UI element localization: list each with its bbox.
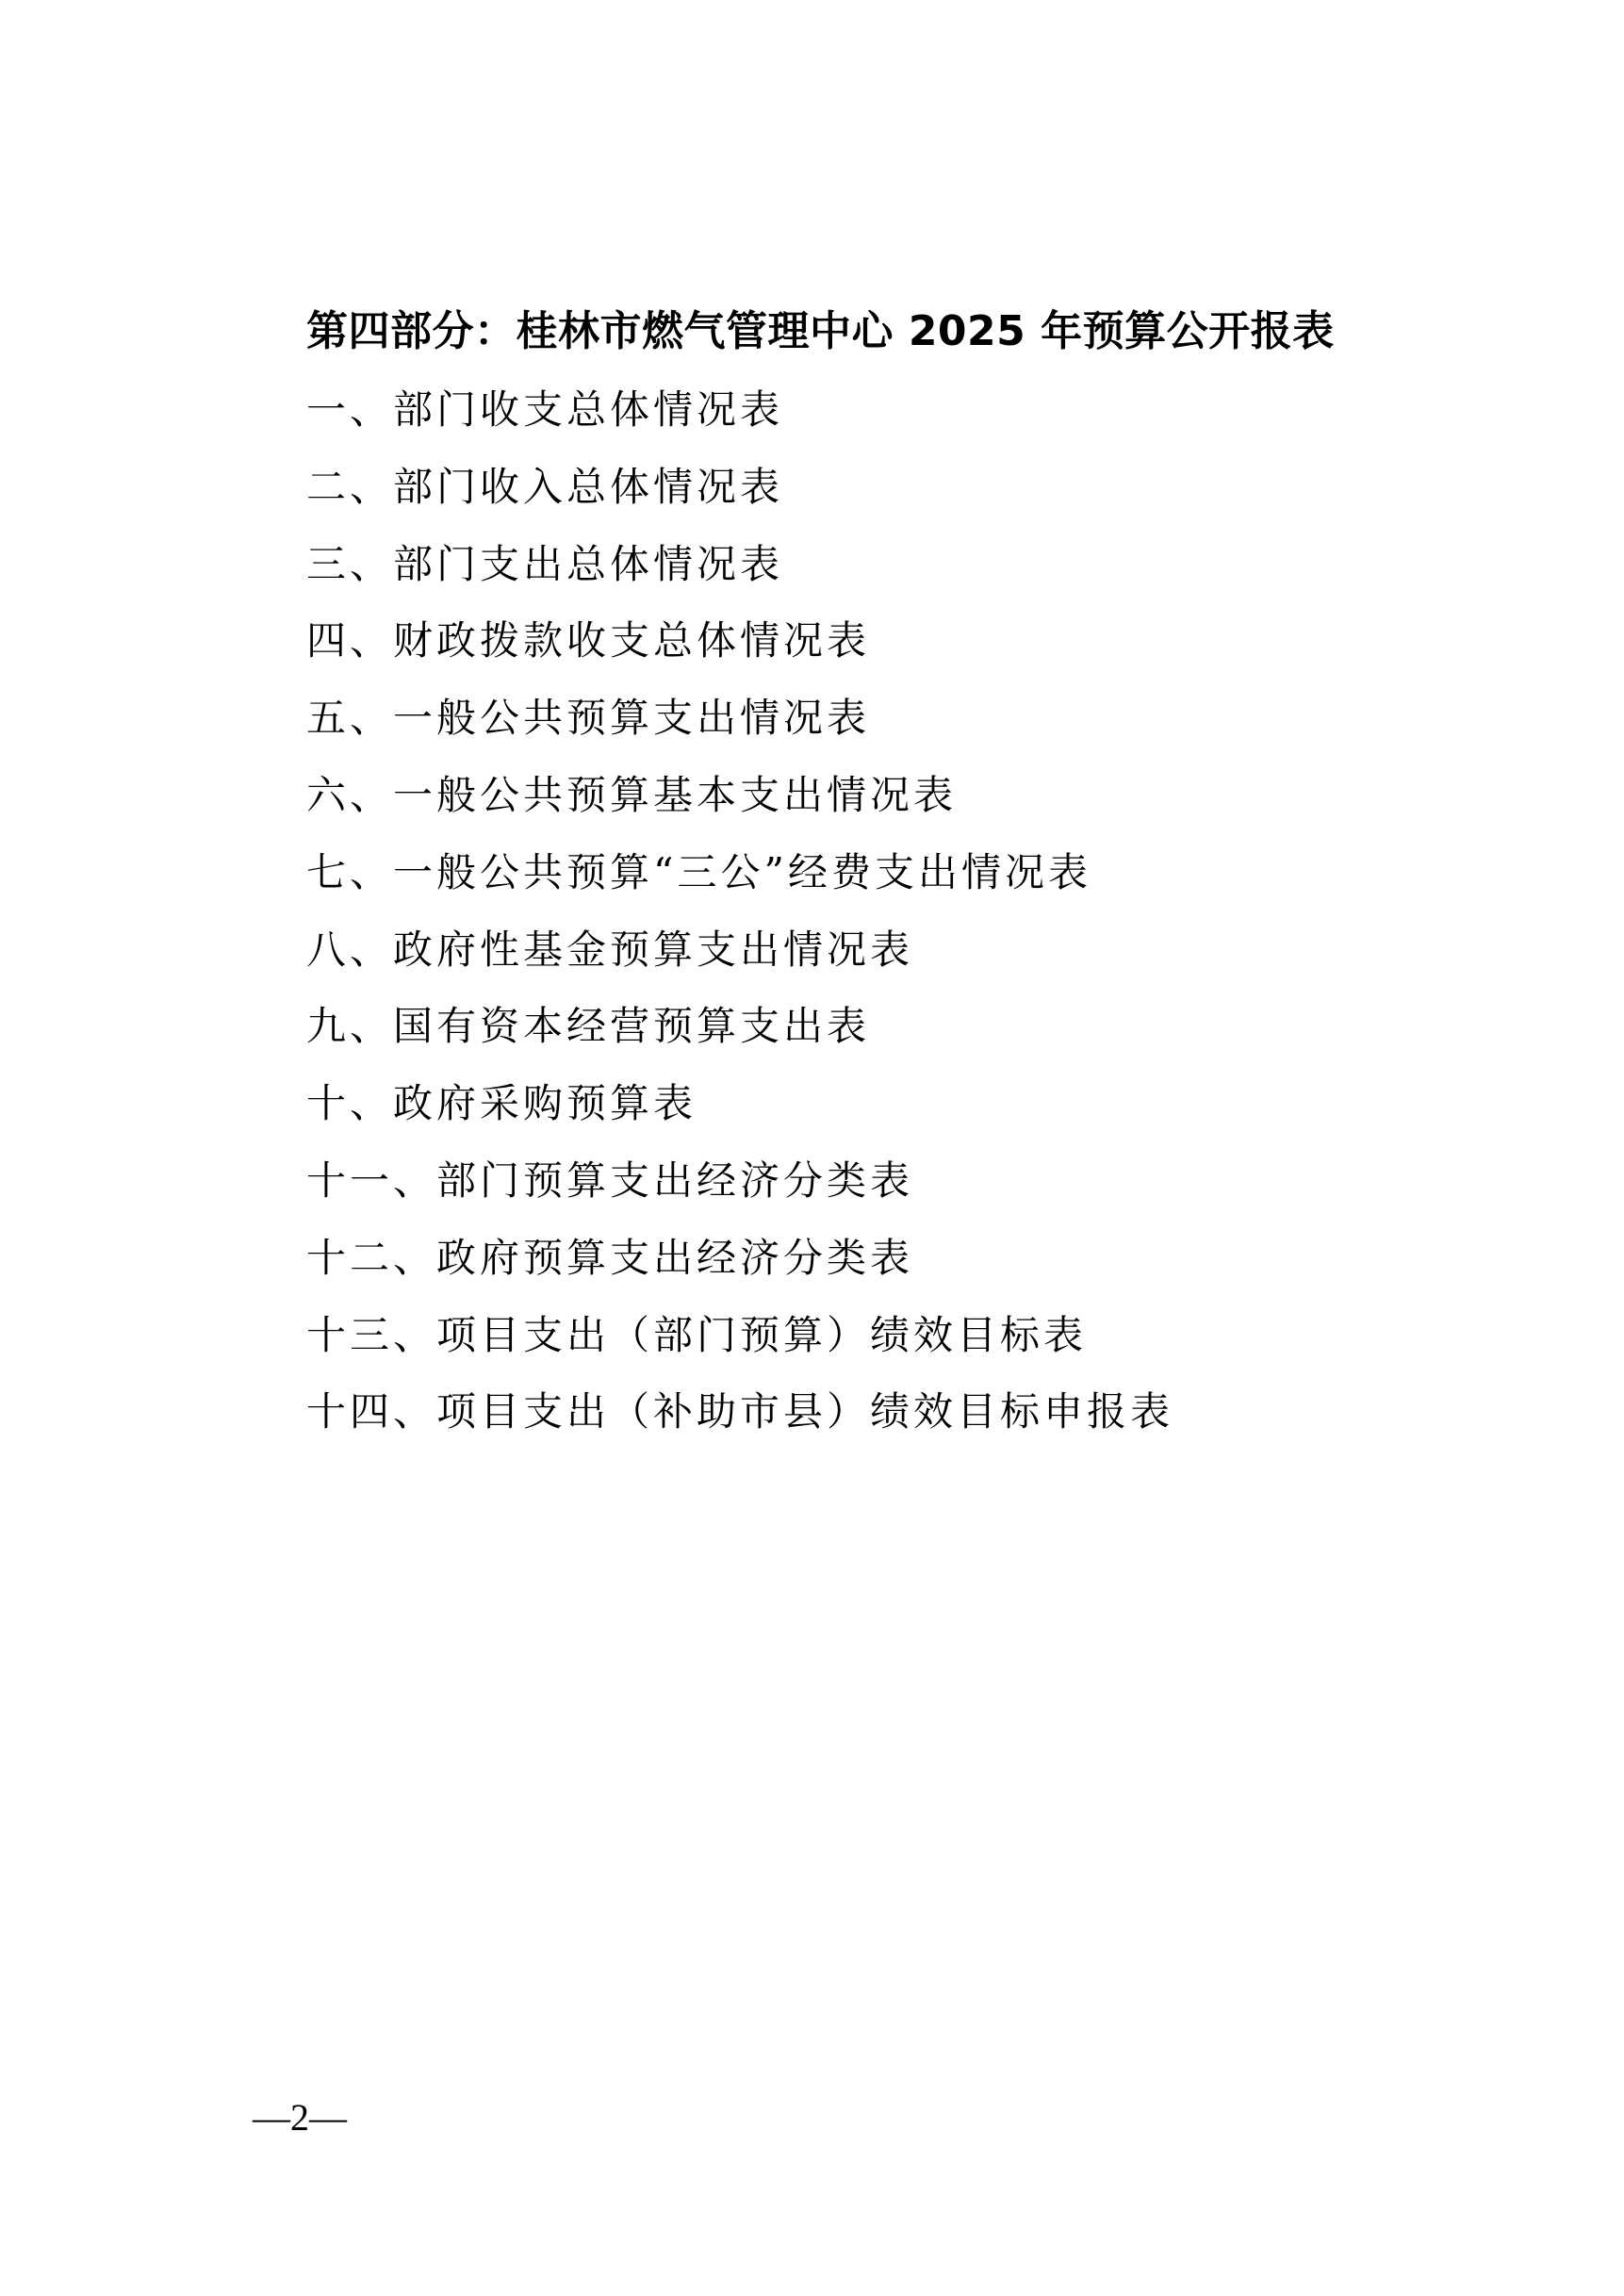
toc-item: 一、部门收支总体情况表 (306, 382, 1173, 459)
toc-item: 十、政府采购预算表 (306, 1075, 1173, 1153)
section-title: 第四部分：桂林市燃气管理中心 2025 年预算公开报表 (306, 303, 1335, 360)
toc-item: 九、国有资本经营预算支出表 (306, 998, 1173, 1075)
toc-item: 十一、部门预算支出经济分类表 (306, 1153, 1173, 1230)
toc-item: 十二、政府预算支出经济分类表 (306, 1230, 1173, 1307)
toc-item: 六、一般公共预算基本支出情况表 (306, 767, 1173, 845)
table-of-contents: 一、部门收支总体情况表 二、部门收入总体情况表 三、部门支出总体情况表 四、财政… (306, 382, 1173, 1461)
toc-item: 八、政府性基金预算支出情况表 (306, 922, 1173, 999)
toc-item: 五、一般公共预算支出情况表 (306, 690, 1173, 767)
toc-item: 七、一般公共预算“三公”经费支出情况表 (306, 845, 1173, 922)
toc-item: 四、财政拨款收支总体情况表 (306, 613, 1173, 690)
toc-item: 十四、项目支出（补助市县）绩效目标申报表 (306, 1384, 1173, 1461)
page-number: —2— (253, 2094, 347, 2141)
toc-item: 二、部门收入总体情况表 (306, 459, 1173, 536)
document-page: 第四部分：桂林市燃气管理中心 2025 年预算公开报表 一、部门收支总体情况表 … (0, 0, 1624, 2296)
toc-item: 三、部门支出总体情况表 (306, 536, 1173, 614)
toc-item: 十三、项目支出（部门预算）绩效目标表 (306, 1307, 1173, 1385)
